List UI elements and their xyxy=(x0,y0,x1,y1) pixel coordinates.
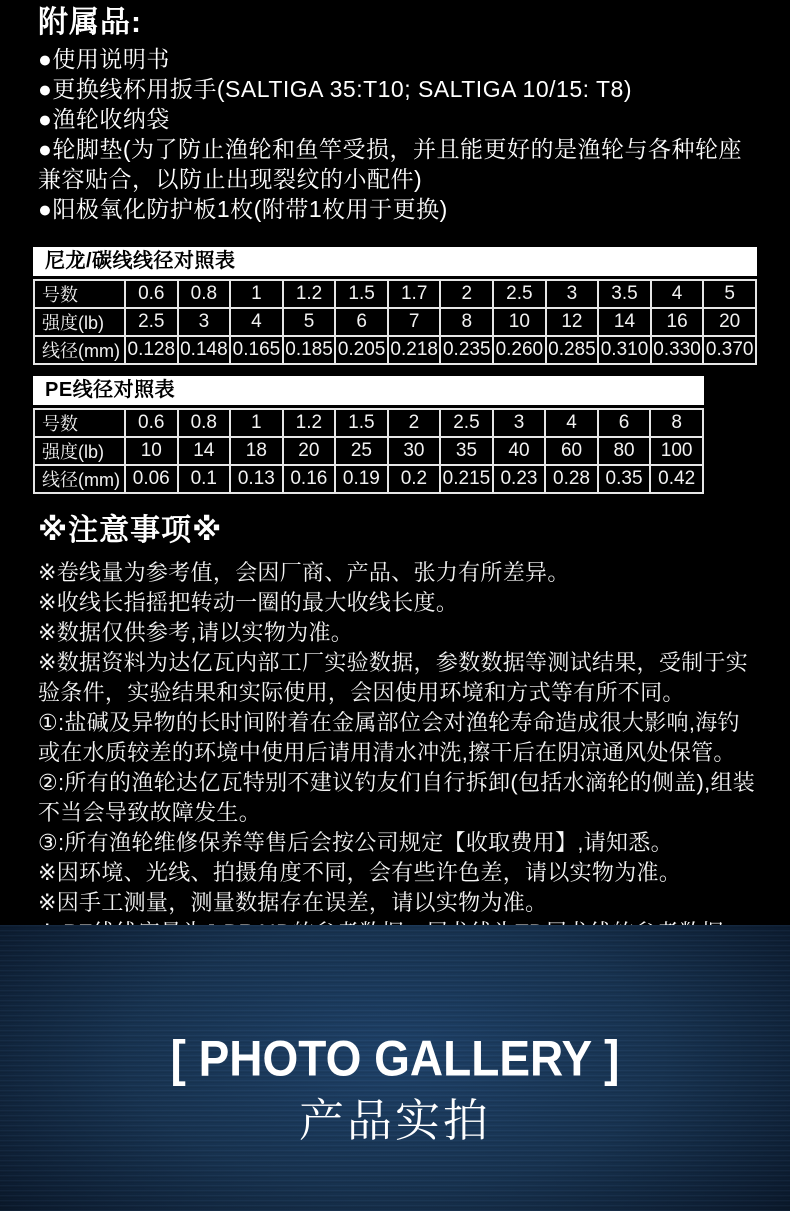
table-cell: 20 xyxy=(703,308,756,336)
note-line: ※数据资料为达亿瓦内部工厂实验数据，参数数据等测试结果，受制于实验条件，实验结果… xyxy=(38,648,760,708)
notes-heading: ※注意事项※ xyxy=(38,513,760,549)
table-cell: 0.128 xyxy=(125,336,178,364)
table-cell: 5 xyxy=(703,280,756,308)
table-cell: 0.235 xyxy=(440,336,493,364)
table-title: 尼龙/碳线线径对照表 xyxy=(33,247,757,276)
table-cell: 30 xyxy=(388,437,441,465)
table-cell: 1.2 xyxy=(283,409,336,437)
table-cell: 0.205 xyxy=(335,336,388,364)
table-cell: 0.185 xyxy=(283,336,336,364)
table-cell: 0.2 xyxy=(388,465,441,493)
photo-gallery-banner: [ PHOTO GALLERY ] 产品实拍 xyxy=(0,925,790,1211)
table-cell: 0.285 xyxy=(546,336,599,364)
accessory-item: ●更换线杯用扳手(SALTIGA 35:T10; SALTIGA 10/15: … xyxy=(38,74,758,104)
banner-title: [ PHOTO GALLERY ] xyxy=(171,1031,620,1085)
table-cell: 0.35 xyxy=(598,465,651,493)
notes-section: ※注意事项※ ※卷线量为参考值，会因厂商、产品、张力有所差异。※收线长指摇把转动… xyxy=(0,513,790,948)
table-cell: 5 xyxy=(283,308,336,336)
table-cell: 0.16 xyxy=(283,465,336,493)
row-label: 强度(lb) xyxy=(34,308,125,336)
table-cell: 3 xyxy=(493,409,546,437)
table-row: 强度(lb)10141820253035406080100 xyxy=(34,437,703,465)
note-line: ※因手工测量，测量数据存在误差，请以实物为准。 xyxy=(38,888,760,918)
table-cell: 0.165 xyxy=(230,336,283,364)
table-row: 号数0.60.811.21.522.53468 xyxy=(34,409,703,437)
note-line: ※数据仅供参考,请以实物为准。 xyxy=(38,618,760,648)
spec-table: 号数0.60.811.21.522.53468强度(lb)10141820253… xyxy=(33,408,704,494)
accessory-item: ●阳极氧化防护板1枚(附带1枚用于更换) xyxy=(38,194,758,224)
table-cell: 0.330 xyxy=(651,336,704,364)
note-line: ②:所有的渔轮达亿瓦特别不建议钓友们自行拆卸(包括水滴轮的侧盖),组装不当会导致… xyxy=(38,768,760,828)
spec-table: 号数0.60.811.21.51.722.533.545强度(lb)2.5345… xyxy=(33,279,757,365)
table-row: 线径(mm)0.1280.1480.1650.1850.2050.2180.23… xyxy=(34,336,756,364)
table-cell: 1 xyxy=(230,280,283,308)
table-cell: 0.370 xyxy=(703,336,756,364)
line-spec-tables: 尼龙/碳线线径对照表号数0.60.811.21.51.722.533.545强度… xyxy=(0,247,790,494)
table-cell: 1.7 xyxy=(388,280,441,308)
accessory-item: ●渔轮收纳袋 xyxy=(38,104,758,134)
table-cell: 2.5 xyxy=(125,308,178,336)
table-cell: 14 xyxy=(178,437,231,465)
table-cell: 4 xyxy=(545,409,598,437)
table-cell: 0.215 xyxy=(440,465,493,493)
table-cell: 0.8 xyxy=(178,280,231,308)
table-cell: 0.218 xyxy=(388,336,441,364)
table-cell: 0.13 xyxy=(230,465,283,493)
row-label: 线径(mm) xyxy=(34,465,125,493)
table-cell: 3.5 xyxy=(598,280,651,308)
accessory-item: ●轮脚垫(为了防止渔轮和鱼竿受损，并且能更好的是渔轮与各种轮座兼容贴合，以防止出… xyxy=(38,134,758,194)
table-cell: 25 xyxy=(335,437,388,465)
banner-subtitle: 产品实拍 xyxy=(299,1096,491,1146)
table-cell: 1.5 xyxy=(335,409,388,437)
table-cell: 1.5 xyxy=(335,280,388,308)
table-cell: 80 xyxy=(598,437,651,465)
table-cell: 16 xyxy=(651,308,704,336)
table-cell: 2 xyxy=(388,409,441,437)
table-cell: 6 xyxy=(598,409,651,437)
table-cell: 3 xyxy=(178,308,231,336)
table-cell: 0.1 xyxy=(178,465,231,493)
table-cell: 40 xyxy=(493,437,546,465)
note-line: ①:盐碱及异物的长时间附着在金属部位会对渔轮寿命造成很大影响,海钓或在水质较差的… xyxy=(38,708,760,768)
table-cell: 0.23 xyxy=(493,465,546,493)
nylon-carbon-line-table: 尼龙/碳线线径对照表号数0.60.811.21.51.722.533.545强度… xyxy=(33,247,757,365)
table-cell: 2 xyxy=(440,280,493,308)
table-cell: 20 xyxy=(283,437,336,465)
notes-list: ※卷线量为参考值，会因厂商、产品、张力有所差异。※收线长指摇把转动一圈的最大收线… xyxy=(38,558,760,948)
table-cell: 7 xyxy=(388,308,441,336)
accessories-heading: 附属品: xyxy=(38,6,758,40)
table-cell: 1 xyxy=(230,409,283,437)
table-title: PE线径对照表 xyxy=(33,376,704,405)
table-cell: 8 xyxy=(440,308,493,336)
product-detail-page: 附属品: ●使用说明书●更换线杯用扳手(SALTIGA 35:T10; SALT… xyxy=(0,0,790,1211)
table-cell: 1.2 xyxy=(283,280,336,308)
row-label: 号数 xyxy=(34,280,125,308)
table-row: 线径(mm)0.060.10.130.160.190.20.2150.230.2… xyxy=(34,465,703,493)
table-cell: 0.8 xyxy=(178,409,231,437)
table-cell: 2.5 xyxy=(493,280,546,308)
table-row: 强度(lb)2.53456781012141620 xyxy=(34,308,756,336)
accessories-section: 附属品: ●使用说明书●更换线杯用扳手(SALTIGA 35:T10; SALT… xyxy=(0,0,790,224)
table-cell: 10 xyxy=(125,437,178,465)
table-cell: 18 xyxy=(230,437,283,465)
note-line: ※收线长指摇把转动一圈的最大收线长度。 xyxy=(38,588,760,618)
table-cell: 8 xyxy=(650,409,703,437)
table-cell: 0.260 xyxy=(493,336,546,364)
table-cell: 10 xyxy=(493,308,546,336)
table-cell: 6 xyxy=(335,308,388,336)
row-label: 线径(mm) xyxy=(34,336,125,364)
table-cell: 0.28 xyxy=(545,465,598,493)
row-label: 号数 xyxy=(34,409,125,437)
note-line: ※卷线量为参考值，会因厂商、产品、张力有所差异。 xyxy=(38,558,760,588)
table-cell: 35 xyxy=(440,437,493,465)
accessories-list: ●使用说明书●更换线杯用扳手(SALTIGA 35:T10; SALTIGA 1… xyxy=(38,44,758,224)
table-cell: 0.6 xyxy=(125,280,178,308)
table-cell: 0.148 xyxy=(178,336,231,364)
table-cell: 0.310 xyxy=(598,336,651,364)
table-cell: 60 xyxy=(545,437,598,465)
table-cell: 0.19 xyxy=(335,465,388,493)
table-cell: 3 xyxy=(546,280,599,308)
table-cell: 0.42 xyxy=(650,465,703,493)
table-cell: 2.5 xyxy=(440,409,493,437)
note-line: ※因环境、光线、拍摄角度不同，会有些许色差，请以实物为准。 xyxy=(38,858,760,888)
table-cell: 0.06 xyxy=(125,465,178,493)
table-cell: 4 xyxy=(230,308,283,336)
table-cell: 100 xyxy=(650,437,703,465)
pe-line-table: PE线径对照表号数0.60.811.21.522.53468强度(lb)1014… xyxy=(33,376,704,494)
table-row: 号数0.60.811.21.51.722.533.545 xyxy=(34,280,756,308)
note-line: ③:所有渔轮维修保养等售后会按公司规定【收取费用】,请知悉。 xyxy=(38,828,760,858)
accessory-item: ●使用说明书 xyxy=(38,44,758,74)
table-cell: 12 xyxy=(546,308,599,336)
table-cell: 0.6 xyxy=(125,409,178,437)
table-cell: 4 xyxy=(651,280,704,308)
table-cell: 14 xyxy=(598,308,651,336)
row-label: 强度(lb) xyxy=(34,437,125,465)
